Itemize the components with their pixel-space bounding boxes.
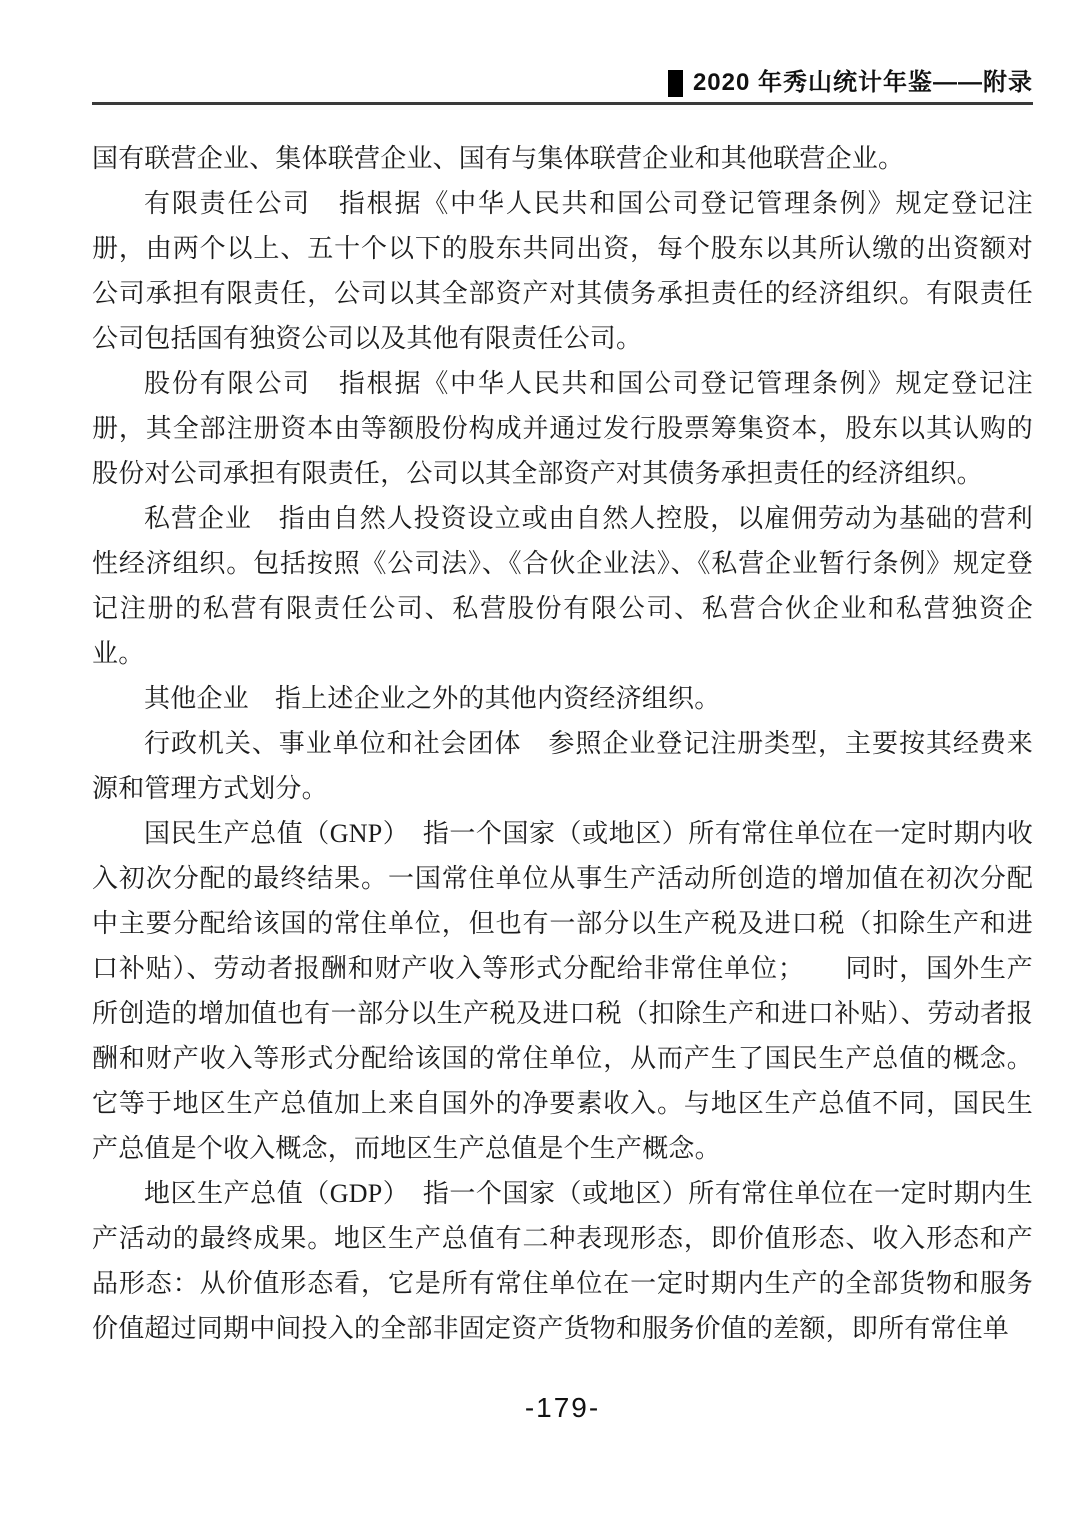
- page-header: 2020 年秀山统计年鉴——附录: [92, 0, 1033, 105]
- paragraph-government-institutions: 行政机关、事业单位和社会团体 参照企业登记注册类型，主要按其经费来源和管理方式划…: [92, 721, 1033, 811]
- yearbook-page: 2020 年秀山统计年鉴——附录 国有联营企业、集体联营企业、国有与集体联营企业…: [0, 0, 1074, 1520]
- paragraph-private-enterprise: 私营企业 指由自然人投资设立或由自然人控股，以雇佣劳动为基础的营利性经济组织。包…: [92, 496, 1033, 676]
- header-marker-icon: [668, 70, 683, 97]
- body-text: 国有联营企业、集体联营企业、国有与集体联营企业和其他联营企业。 有限责任公司 指…: [92, 105, 1033, 1351]
- page-number: -179-: [92, 1392, 1033, 1424]
- paragraph-joint-stock-company: 股份有限公司 指根据《中华人民共和国公司登记管理条例》规定登记注册，其全部注册资…: [92, 361, 1033, 496]
- paragraph-other-enterprise: 其他企业 指上述企业之外的其他内资经济组织。: [92, 676, 1033, 721]
- header-title: 2020 年秀山统计年鉴——附录: [693, 71, 1033, 95]
- page-content: 2020 年秀山统计年鉴——附录 国有联营企业、集体联营企业、国有与集体联营企业…: [92, 0, 1033, 1351]
- paragraph-gnp-definition: 国民生产总值（GNP） 指一个国家（或地区）所有常住单位在一定时期内收入初次分配…: [92, 811, 1033, 1171]
- paragraph-limited-liability-company: 有限责任公司 指根据《中华人民共和国公司登记管理条例》规定登记注册，由两个以上、…: [92, 181, 1033, 361]
- paragraph-gdp-definition: 地区生产总值（GDP） 指一个国家（或地区）所有常住单位在一定时期内生产活动的最…: [92, 1171, 1033, 1351]
- paragraph-continuation: 国有联营企业、集体联营企业、国有与集体联营企业和其他联营企业。: [92, 136, 1033, 181]
